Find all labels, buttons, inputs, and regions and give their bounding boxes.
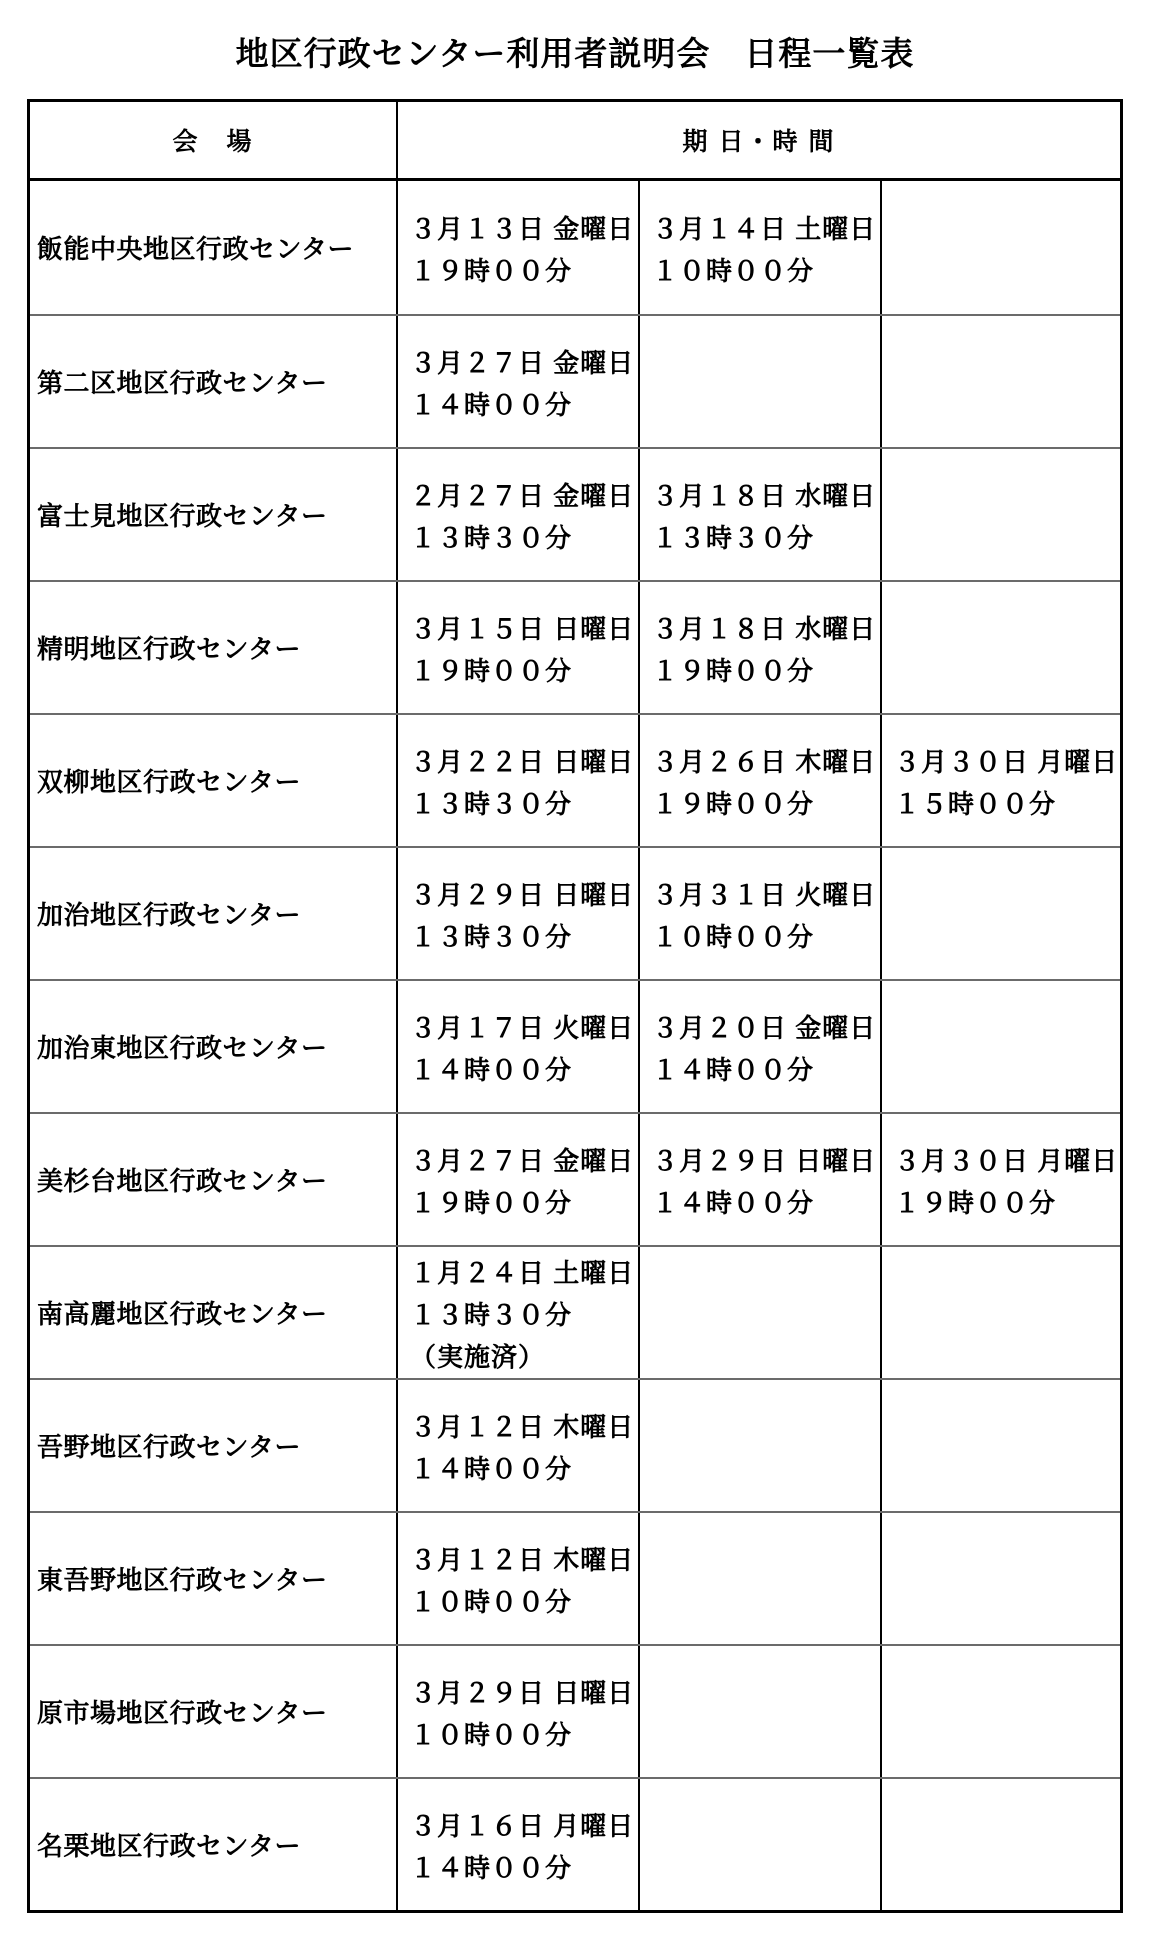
schedule-line: １４時００分 xyxy=(410,1448,638,1490)
venue-cell: 名栗地区行政センター xyxy=(30,1779,398,1910)
schedule-slot-3 xyxy=(882,1779,1120,1910)
schedule-slot-2 xyxy=(640,1380,882,1511)
schedule-line: ３月３０日 月曜日 xyxy=(894,1140,1120,1182)
schedule-line: ３月２０日 金曜日 xyxy=(652,1007,880,1049)
schedule-line: ３月１５日 日曜日 xyxy=(410,608,638,650)
schedule-slot-1: ３月２２日 日曜日１３時３０分 xyxy=(398,715,640,846)
page-title: 地区行政センター利用者説明会 日程一覧表 xyxy=(0,0,1150,75)
schedule-slot-2: ３月１８日 水曜日１３時３０分 xyxy=(640,449,882,580)
schedule-line: ２月２７日 金曜日 xyxy=(410,475,638,517)
schedule-line: ３月１８日 水曜日 xyxy=(652,475,880,517)
schedule-line: ３月２７日 金曜日 xyxy=(410,1140,638,1182)
schedule-line: １９時００分 xyxy=(894,1182,1120,1224)
venue-cell: 第二区地区行政センター xyxy=(30,316,398,447)
schedule-slot-3 xyxy=(882,1513,1120,1644)
schedule-slot-3 xyxy=(882,181,1120,314)
schedule-line: １３時３０分 xyxy=(652,517,880,559)
schedule-line: １０時００分 xyxy=(652,250,880,292)
table-row: 原市場地区行政センター ３月２９日 日曜日１０時００分 xyxy=(30,1644,1120,1777)
schedule-line: １５時００分 xyxy=(894,783,1120,825)
table-row: 富士見地区行政センター ２月２７日 金曜日１３時３０分 ３月１８日 水曜日１３時… xyxy=(30,447,1120,580)
schedule-line: ３月２２日 日曜日 xyxy=(410,741,638,783)
table-row: 精明地区行政センター ３月１５日 日曜日１９時００分 ３月１８日 水曜日１９時０… xyxy=(30,580,1120,713)
venue-cell: 飯能中央地区行政センター xyxy=(30,181,398,314)
schedule-slot-3: ３月３０日 月曜日１５時００分 xyxy=(882,715,1120,846)
venue-cell: 美杉台地区行政センター xyxy=(30,1114,398,1245)
schedule-slot-3: ３月３０日 月曜日１９時００分 xyxy=(882,1114,1120,1245)
schedule-slot-2 xyxy=(640,316,882,447)
table-row: 名栗地区行政センター ３月１６日 月曜日１４時００分 xyxy=(30,1777,1120,1910)
schedule-slot-1: ３月１２日 木曜日１４時００分 xyxy=(398,1380,640,1511)
schedule-line: １４時００分 xyxy=(652,1182,880,1224)
table-body: 飯能中央地区行政センター ３月１３日 金曜日１９時００分 ３月１４日 土曜日１０… xyxy=(30,181,1120,1910)
schedule-line: １０時００分 xyxy=(410,1714,638,1756)
venue-cell: 原市場地区行政センター xyxy=(30,1646,398,1777)
schedule-slot-1: ３月２７日 金曜日１４時００分 xyxy=(398,316,640,447)
schedule-slot-2: ３月１４日 土曜日１０時００分 xyxy=(640,181,882,314)
schedule-line: ３月１３日 金曜日 xyxy=(410,208,638,250)
schedule-line: １４時００分 xyxy=(410,384,638,426)
schedule-slot-3 xyxy=(882,1247,1120,1378)
schedule-line: １３時３０分 xyxy=(410,916,638,958)
document-page: 地区行政センター利用者説明会 日程一覧表 会 場 期 日・時 間 飯能中央地区行… xyxy=(0,0,1150,1953)
schedule-line: １３時３０分 xyxy=(410,1294,638,1336)
schedule-slot-2 xyxy=(640,1247,882,1378)
venue-cell: 東吾野地区行政センター xyxy=(30,1513,398,1644)
schedule-slot-2: ３月２９日 日曜日１４時００分 xyxy=(640,1114,882,1245)
schedule-line: １０時００分 xyxy=(410,1581,638,1623)
venue-cell: 加治地区行政センター xyxy=(30,848,398,979)
schedule-slot-1: ３月１７日 火曜日１４時００分 xyxy=(398,981,640,1112)
schedule-line: ３月１２日 木曜日 xyxy=(410,1539,638,1581)
schedule-slot-1: ３月２７日 金曜日１９時００分 xyxy=(398,1114,640,1245)
venue-column-header: 会 場 xyxy=(30,102,398,178)
schedule-slot-1: ３月１２日 木曜日１０時００分 xyxy=(398,1513,640,1644)
schedule-slot-1: ３月１６日 月曜日１４時００分 xyxy=(398,1779,640,1910)
table-row: 美杉台地区行政センター ３月２７日 金曜日１９時００分 ３月２９日 日曜日１４時… xyxy=(30,1112,1120,1245)
schedule-slot-1: １月２４日 土曜日１３時３０分（実施済） xyxy=(398,1247,640,1378)
schedule-line: ３月３０日 月曜日 xyxy=(894,741,1120,783)
venue-cell: 富士見地区行政センター xyxy=(30,449,398,580)
schedule-slot-1: ３月２９日 日曜日１３時３０分 xyxy=(398,848,640,979)
schedule-line: ３月１８日 水曜日 xyxy=(652,608,880,650)
schedule-slot-2: ３月３１日 火曜日１０時００分 xyxy=(640,848,882,979)
table-row: 飯能中央地区行政センター ３月１３日 金曜日１９時００分 ３月１４日 土曜日１０… xyxy=(30,181,1120,314)
schedule-slot-3 xyxy=(882,1646,1120,1777)
schedule-line: １３時３０分 xyxy=(410,517,638,559)
schedule-slot-2: ３月２０日 金曜日１４時００分 xyxy=(640,981,882,1112)
schedule-slot-2: ３月１８日 水曜日１９時００分 xyxy=(640,582,882,713)
schedule-slot-2 xyxy=(640,1646,882,1777)
schedule-line: １月２４日 土曜日 xyxy=(410,1252,638,1294)
schedule-line: １９時００分 xyxy=(652,650,880,692)
table-row: 吾野地区行政センター ３月１２日 木曜日１４時００分 xyxy=(30,1378,1120,1511)
schedule-line: ３月２９日 日曜日 xyxy=(652,1140,880,1182)
schedule-slot-1: ２月２７日 金曜日１３時３０分 xyxy=(398,449,640,580)
venue-cell: 双柳地区行政センター xyxy=(30,715,398,846)
venue-cell: 精明地区行政センター xyxy=(30,582,398,713)
schedule-line: １９時００分 xyxy=(410,650,638,692)
schedule-line: ３月１４日 土曜日 xyxy=(652,208,880,250)
schedule-line: １４時００分 xyxy=(410,1847,638,1889)
schedule-line: ３月１２日 木曜日 xyxy=(410,1406,638,1448)
schedule-line: ３月３１日 火曜日 xyxy=(652,874,880,916)
schedule-line: １９時００分 xyxy=(652,783,880,825)
schedule-slot-1: ３月１５日 日曜日１９時００分 xyxy=(398,582,640,713)
table-row: 加治東地区行政センター ３月１７日 火曜日１４時００分 ３月２０日 金曜日１４時… xyxy=(30,979,1120,1112)
schedule-line: （実施済） xyxy=(410,1336,638,1378)
schedule-line: ３月２９日 日曜日 xyxy=(410,874,638,916)
schedule-slot-1: ３月２９日 日曜日１０時００分 xyxy=(398,1646,640,1777)
venue-cell: 吾野地区行政センター xyxy=(30,1380,398,1511)
schedule-slot-2: ３月２６日 木曜日１９時００分 xyxy=(640,715,882,846)
schedule-line: １４時００分 xyxy=(652,1049,880,1091)
schedule-slot-3 xyxy=(882,981,1120,1112)
table-header-row: 会 場 期 日・時 間 xyxy=(30,102,1120,181)
schedule-line: １４時００分 xyxy=(410,1049,638,1091)
schedule-line: ３月１７日 火曜日 xyxy=(410,1007,638,1049)
schedule-line: ３月１６日 月曜日 xyxy=(410,1805,638,1847)
schedule-table: 会 場 期 日・時 間 飯能中央地区行政センター ３月１３日 金曜日１９時００分… xyxy=(27,99,1123,1913)
schedule-column-header: 期 日・時 間 xyxy=(398,102,1120,178)
schedule-slot-3 xyxy=(882,316,1120,447)
schedule-slot-3 xyxy=(882,1380,1120,1511)
schedule-slot-1: ３月１３日 金曜日１９時００分 xyxy=(398,181,640,314)
schedule-slot-2 xyxy=(640,1513,882,1644)
schedule-line: １９時００分 xyxy=(410,1182,638,1224)
schedule-line: １９時００分 xyxy=(410,250,638,292)
table-row: 双柳地区行政センター ３月２２日 日曜日１３時３０分 ３月２６日 木曜日１９時０… xyxy=(30,713,1120,846)
table-row: 南高麗地区行政センター １月２４日 土曜日１３時３０分（実施済） xyxy=(30,1245,1120,1378)
schedule-slot-3 xyxy=(882,449,1120,580)
schedule-line: ３月２９日 日曜日 xyxy=(410,1672,638,1714)
table-row: 第二区地区行政センター ３月２７日 金曜日１４時００分 xyxy=(30,314,1120,447)
schedule-slot-3 xyxy=(882,848,1120,979)
table-row: 加治地区行政センター ３月２９日 日曜日１３時３０分 ３月３１日 火曜日１０時０… xyxy=(30,846,1120,979)
schedule-slot-2 xyxy=(640,1779,882,1910)
venue-cell: 南高麗地区行政センター xyxy=(30,1247,398,1378)
schedule-line: ３月２７日 金曜日 xyxy=(410,342,638,384)
schedule-line: １３時３０分 xyxy=(410,783,638,825)
schedule-slot-3 xyxy=(882,582,1120,713)
schedule-line: １０時００分 xyxy=(652,916,880,958)
table-row: 東吾野地区行政センター ３月１２日 木曜日１０時００分 xyxy=(30,1511,1120,1644)
venue-cell: 加治東地区行政センター xyxy=(30,981,398,1112)
schedule-line: ３月２６日 木曜日 xyxy=(652,741,880,783)
